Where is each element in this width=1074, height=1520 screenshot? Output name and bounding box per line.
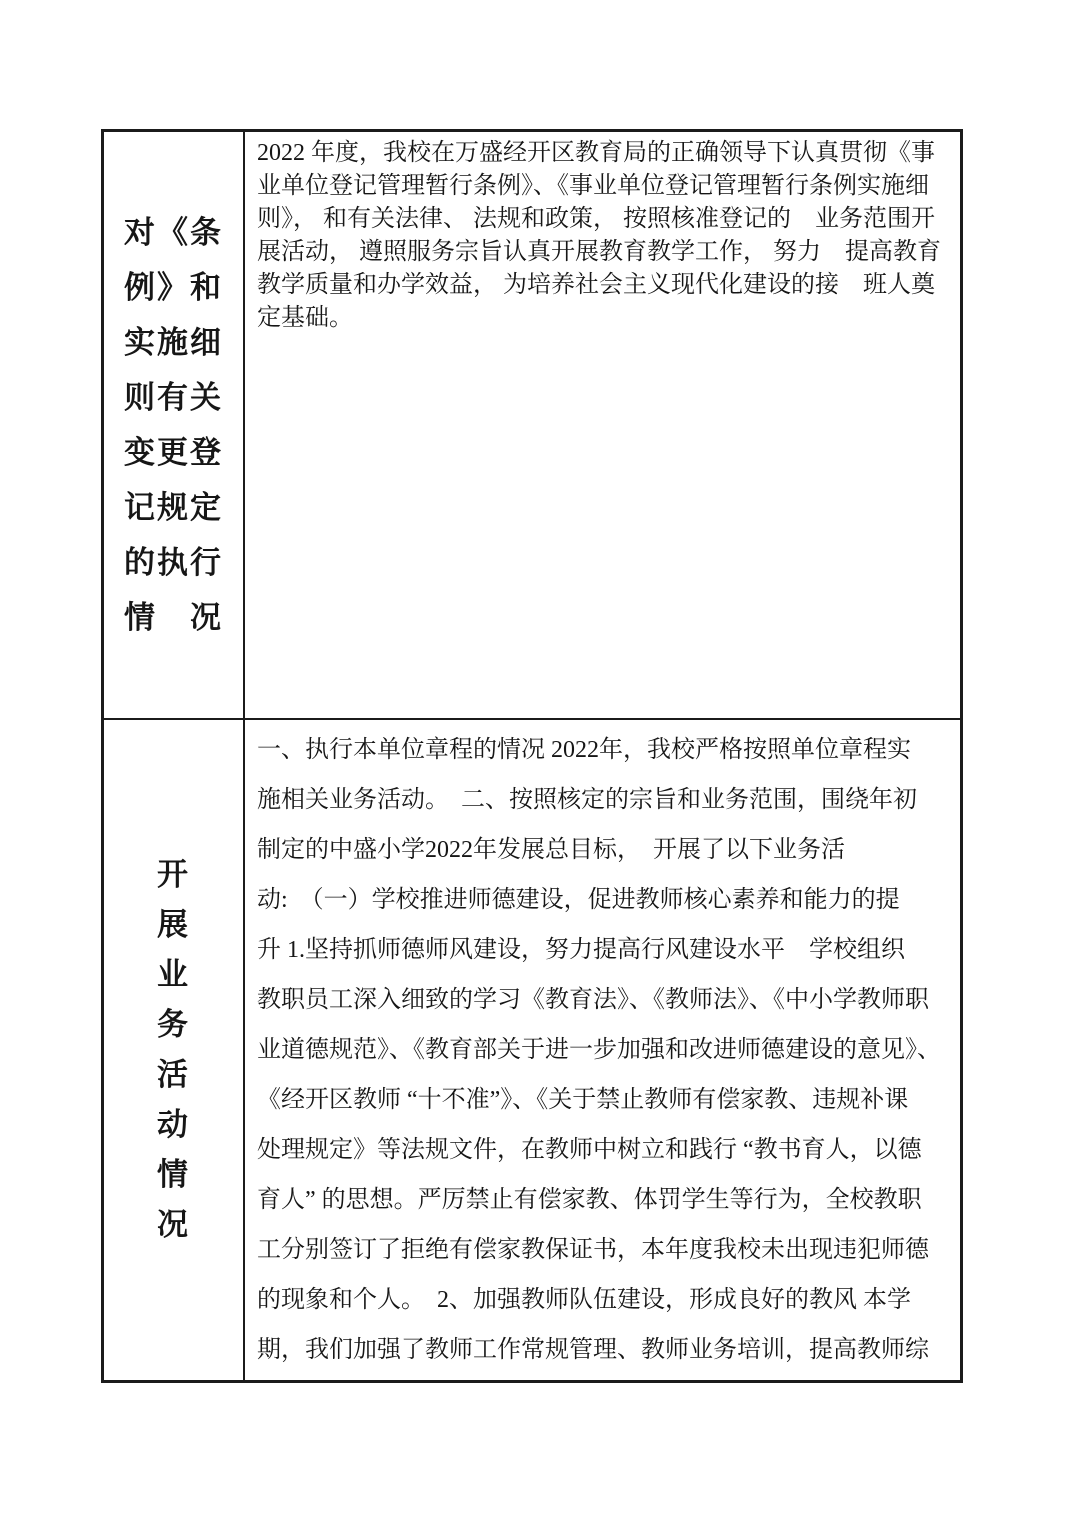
- table-row-regulation-execution: 对《条 例》和 实施细 则有关 变更登 记规定 的执行 情 况 2022 年度，…: [104, 132, 960, 720]
- row-content-business-activities: 一、执行本单位章程的情况 2022年，我校严格按照单位章程实 施相关业务活动。 …: [245, 720, 960, 1375]
- row-content-cell-business-activities: 一、执行本单位章程的情况 2022年，我校严格按照单位章程实 施相关业务活动。 …: [245, 720, 960, 1380]
- row-header-regulation-execution: 对《条 例》和 实施细 则有关 变更登 记规定 的执行 情 况: [124, 205, 223, 645]
- row-header-cell-regulation-execution: 对《条 例》和 实施细 则有关 变更登 记规定 的执行 情 况: [104, 132, 245, 718]
- row-content-regulation-execution: 2022 年度，我校在万盛经开区教育局的正确领导下认真贯彻《事 业单位登记管理暂…: [245, 132, 960, 335]
- row-content-cell-regulation-execution: 2022 年度，我校在万盛经开区教育局的正确领导下认真贯彻《事 业单位登记管理暂…: [245, 132, 960, 718]
- table-row-business-activities: 开 展 业 务 活 动 情 况 一、执行本单位章程的情况 2022年，我校严格按…: [104, 720, 960, 1380]
- row-header-business-activities: 开 展 业 务 活 动 情 况: [157, 850, 190, 1250]
- row-header-cell-business-activities: 开 展 业 务 活 动 情 况: [104, 720, 245, 1380]
- document-page: 对《条 例》和 实施细 则有关 变更登 记规定 的执行 情 况 2022 年度，…: [0, 0, 1074, 1520]
- report-table: 对《条 例》和 实施细 则有关 变更登 记规定 的执行 情 况 2022 年度，…: [101, 129, 963, 1383]
